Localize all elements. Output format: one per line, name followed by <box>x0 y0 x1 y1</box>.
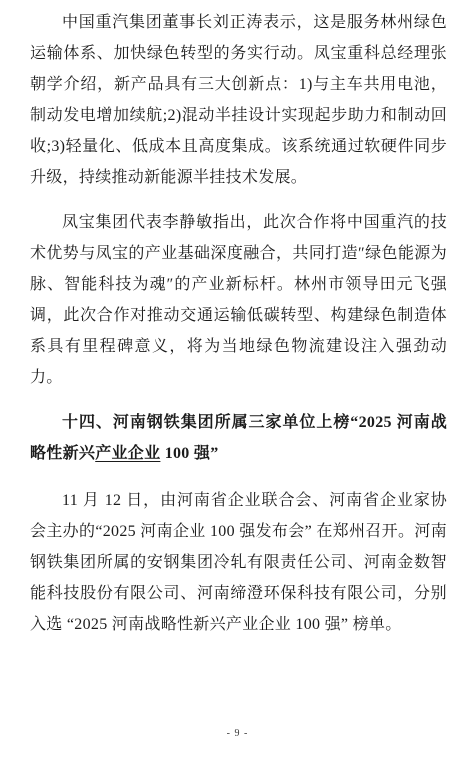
section-heading-text-start: 十四、河南钢铁集团所属三家单位上榜“2025 河南战略性新兴 <box>30 414 447 462</box>
paragraph-sinotruk-statement: 中国重汽集团董事长刘正涛表示，这是服务林州绿色运输体系、加快绿色转型的务实行动。… <box>30 7 447 193</box>
document-content: 中国重汽集团董事长刘正涛表示，这是服务林州绿色运输体系、加快绿色转型的务实行动。… <box>0 0 475 640</box>
paragraph-fengbao-statement: 凤宝集团代表李静敏指出，此次合作将中国重汽的技术优势与凤宝的产业基础深度融合，共… <box>30 207 447 393</box>
document-page: 中国重汽集团董事长刘正涛表示，这是服务林州绿色运输体系、加快绿色转型的务实行动。… <box>0 0 475 763</box>
section-heading-text-end: 100 强” <box>160 445 218 462</box>
page-number: - 9 - <box>0 728 475 739</box>
section-heading: 十四、河南钢铁集团所属三家单位上榜“2025 河南战略性新兴产业企业 100 强… <box>30 407 447 469</box>
section-heading-underlined-text: 产业企业 <box>95 445 160 462</box>
paragraph-henan-steel-listing: 11 月 12 日，由河南省企业联合会、河南省企业家协会主办的“2025 河南企… <box>30 485 447 640</box>
